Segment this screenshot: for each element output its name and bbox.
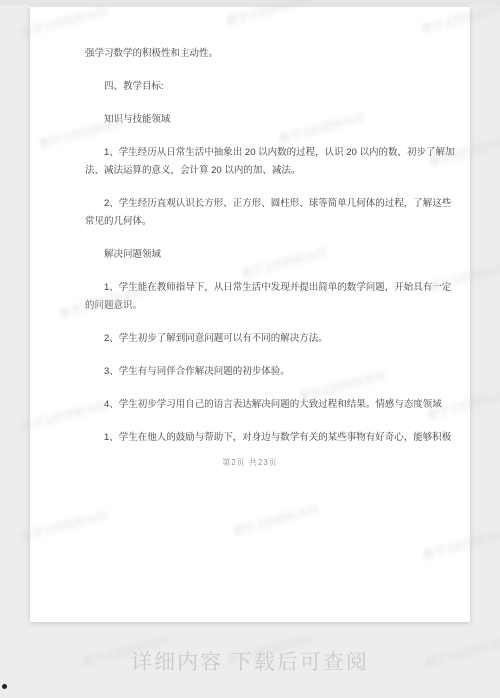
document-line: 4、学生初步学习用自己的语言表达解决问题的大致过程和结果。情感与态度领域: [85, 396, 460, 414]
document-page[interactable]: 强学习数学的积极性和主动性。四、教学目标:知识与技能领域1、学生经历从日常生活中…: [30, 7, 470, 622]
document-line: 法、减法运算的意义，会计算 20 以内的加、减法。: [85, 162, 460, 180]
document-line: 强学习数学的积极性和主动性。: [85, 45, 460, 63]
top-strip: [0, 0, 500, 5]
document-line: 3、学生有与同伴合作解决问题的初步体验。: [85, 363, 460, 381]
document-line: 知识与技能领域: [85, 111, 460, 129]
page-number-footer: 第2页 共23页: [30, 457, 470, 468]
document-line: 1、学生经历从日常生活中抽象出 20 以内数的过程，认识 20 以内的数，初步了…: [85, 144, 460, 162]
document-line: 2、学生经历直观认识长方形、正方形、圆柱形、球等简单几何体的过程，了解这些: [85, 195, 460, 213]
corner-dot: [2, 684, 7, 689]
document-line: 1、学生能在教师指导下，从日常生活中发现并提出简单的数学问题，开始具有一定: [85, 279, 460, 297]
document-line: 2、学生初步了解到同意问题可以有不同的解决方法。: [85, 330, 460, 348]
document-line: 1、学生在他人的鼓励与帮助下，对身边与数学有关的某些事物有好奇心，能够积极: [85, 429, 460, 447]
document-body: 强学习数学的积极性和主动性。四、教学目标:知识与技能领域1、学生经历从日常生活中…: [85, 45, 460, 447]
document-line: 四、教学目标:: [85, 78, 460, 96]
document-line: 常见的几何体。: [85, 213, 460, 231]
document-line: 的问题意识。: [85, 297, 460, 315]
download-hint-caption: 详细内容 下载后可查阅: [0, 646, 500, 676]
document-line: 解决问题领域: [85, 246, 460, 264]
